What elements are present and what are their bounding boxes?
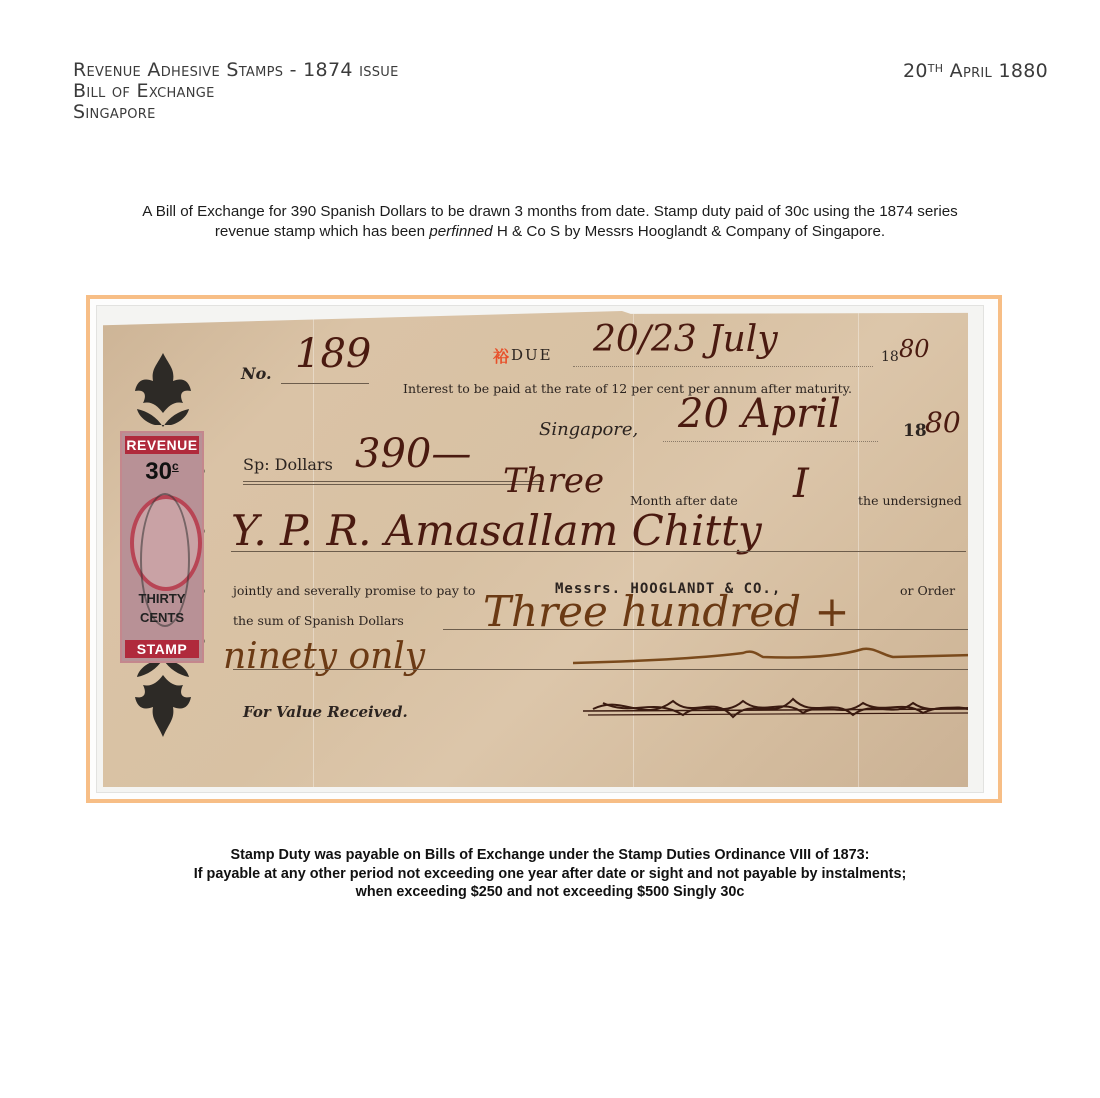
footer-notes: Stamp Duty was payable on Bills of Excha… (60, 846, 1040, 902)
due-year-printed: 18 (881, 349, 899, 365)
stamp-bottom-label: STAMP (125, 640, 199, 658)
header-date-day: 20 (903, 60, 928, 82)
number-underline (281, 383, 369, 384)
stamp-words: THIRTY CENTS (122, 589, 202, 627)
or-order-text: or Order (900, 583, 955, 598)
stamp-value-unit: c (172, 459, 179, 473)
currency-label: Sp: Dollars (243, 455, 333, 474)
description-text: A Bill of Exchange for 390 Spanish Dolla… (140, 202, 960, 241)
i-value: I (793, 461, 809, 507)
value-received: For Value Received. (243, 703, 408, 721)
chop-mark-icon: 裕 (493, 344, 509, 367)
stamp-value: 30c (122, 458, 202, 486)
header-date: 20th April 1880 (903, 60, 1048, 82)
bill-of-exchange: REVENUE 30c THIRTY CENTS STAMP No. 189 裕… (103, 311, 968, 787)
stamp-words-1: THIRTY (122, 589, 202, 608)
drawer-line (231, 551, 966, 552)
amount-line (243, 481, 543, 482)
amount-words-1: Three hundred + (483, 587, 850, 636)
stamp-top-label: REVENUE (125, 436, 199, 454)
description-part2: H & Co S by Messrs Hooglandt & Company o… (493, 223, 886, 240)
cancelled-signature (583, 689, 973, 729)
place-label: Singapore, (539, 419, 638, 440)
mount-frame: REVENUE 30c THIRTY CENTS STAMP No. 189 裕… (86, 295, 1002, 803)
number-label: No. (241, 364, 272, 383)
promise-text: jointly and severally promise to pay to (233, 583, 475, 598)
bill-number: 189 (295, 331, 371, 377)
album-page-header: Revenue Adhesive Stamps - 1874 issue Bil… (73, 60, 399, 123)
issue-date: 20 April (678, 391, 841, 437)
header-subtitle: Bill of Exchange (73, 81, 399, 102)
description-italic: perfinned (429, 223, 492, 240)
due-label: DUE (511, 346, 553, 364)
header-date-rest: April 1880 (950, 60, 1048, 82)
due-dotted-line (573, 366, 873, 367)
footer-line-1: Stamp Duty was payable on Bills of Excha… (60, 846, 1040, 865)
revenue-stamp: REVENUE 30c THIRTY CENTS STAMP (120, 431, 204, 663)
due-year-written: 80 (899, 335, 930, 363)
drawer-name: Y. P. R. Amasallam Chitty (231, 506, 762, 555)
issue-year-printed: 18 (903, 421, 927, 441)
header-location: Singapore (73, 102, 399, 123)
footer-line-2: If payable at any other period not excee… (60, 865, 1040, 884)
issue-year-written: 80 (925, 406, 961, 439)
due-date: 20/23 July (593, 319, 778, 360)
header-title: Revenue Adhesive Stamps - 1874 issue (73, 60, 399, 81)
amount-figures: 390— (355, 431, 471, 477)
header-date-suffix: th (928, 62, 944, 75)
amount-line-2 (243, 484, 543, 485)
undersigned-text: the undersigned (858, 493, 962, 508)
date-dotted-line (663, 441, 878, 442)
footer-line-3: when exceeding $250 and not exceeding $5… (60, 883, 1040, 902)
term-value: Three (503, 461, 604, 501)
amount-fill-stroke (573, 641, 973, 671)
amount-words-2: ninety only (223, 636, 425, 677)
sum-label: the sum of Spanish Dollars (233, 613, 404, 628)
stamp-words-2: CENTS (122, 608, 202, 627)
stamp-value-number: 30 (145, 458, 172, 485)
